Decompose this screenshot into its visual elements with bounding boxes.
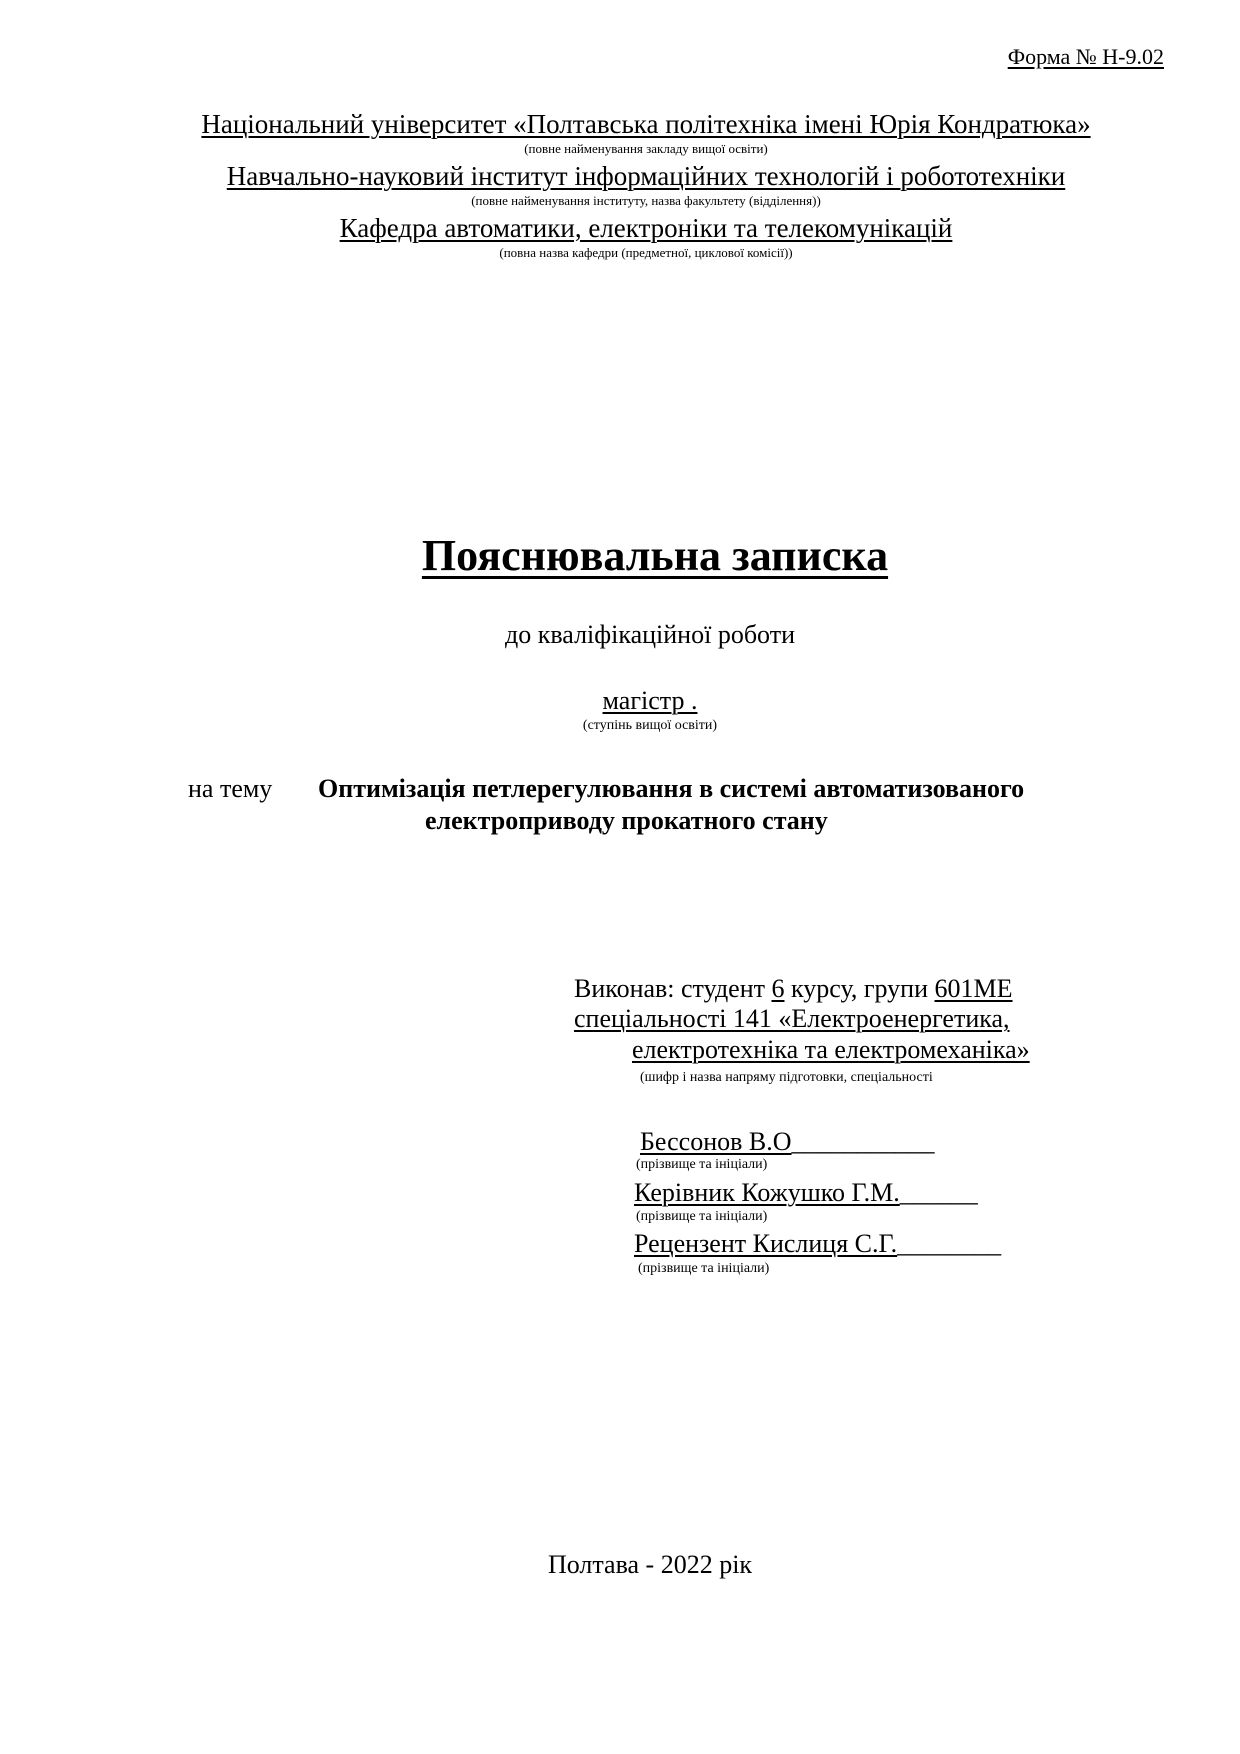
reviewer-name: Рецензент Кислиця С.Г. — [634, 1229, 897, 1258]
topic-title-line1: Оптимізація петлерегулювання в системі а… — [318, 774, 1024, 804]
supervisor-name: Керівник Кожушко Г.М. — [634, 1178, 900, 1207]
university-name: Національний університет «Полтавська пол… — [0, 108, 1240, 140]
reviewer-signature: Рецензент Кислиця С.Г.________ — [634, 1229, 1001, 1259]
topic-title-line2: електроприводу прокатного стану — [425, 806, 828, 836]
reviewer-note: (прізвище та ініціали) — [638, 1261, 769, 1277]
institute-name-text: Навчально-науковий інститут інформаційни… — [227, 161, 1066, 191]
degree-note: (ступінь вищої освіти) — [0, 718, 1240, 734]
institute-name: Навчально-науковий інститут інформаційни… — [0, 160, 1240, 192]
department-note: (повна назва кафедри (предметної, циклов… — [0, 245, 1240, 261]
institute-note: (повне найменування інституту, назва фак… — [0, 193, 1240, 209]
topic-label: на тему — [188, 774, 272, 804]
supervisor-blank: ______ — [900, 1178, 978, 1207]
department-name: Кафедра автоматики, електроніки та телек… — [0, 212, 1240, 244]
document-subtitle: до кваліфікаційної роботи — [0, 620, 1240, 650]
university-note: (повне найменування закладу вищої освіти… — [0, 141, 1240, 157]
document-title: Пояснювальна записка — [0, 530, 1240, 581]
degree-text: магістр . — [603, 686, 698, 715]
specialty-line2: електротехніка та електромеханіка» — [632, 1035, 1030, 1065]
department-name-text: Кафедра автоматики, електроніки та телек… — [340, 213, 953, 243]
student-note: (прізвище та ініціали) — [636, 1157, 767, 1173]
supervisor-signature: Керівник Кожушко Г.М.______ — [634, 1178, 978, 1208]
reviewer-blank: ________ — [897, 1229, 1001, 1258]
form-number: Форма № Н-9.02 — [1008, 44, 1164, 70]
group-code: 601МЕ — [935, 974, 1013, 1003]
document-title-text: Пояснювальна записка — [422, 531, 888, 580]
specialty-note: (шифр і назва напряму підготовки, спеціа… — [640, 1070, 933, 1086]
university-name-text: Національний університет «Полтавська пол… — [201, 109, 1090, 139]
student-name: Бессонов В.О — [640, 1127, 792, 1156]
city-year-footer: Полтава - 2022 рік — [0, 1550, 1240, 1580]
course-suffix: курсу, групи — [785, 974, 935, 1003]
performer-prefix: Виконав: студент — [574, 974, 772, 1003]
specialty-line1: спеціальності 141 «Електроенергетика, — [574, 1004, 1010, 1034]
student-blank: ___________ — [792, 1127, 935, 1156]
supervisor-note: (прізвище та ініціали) — [636, 1209, 767, 1225]
course-number: 6 — [772, 974, 785, 1003]
degree: магістр . — [0, 686, 1240, 716]
performer-line: Виконав: студент 6 курсу, групи 601МЕ — [574, 974, 1013, 1004]
student-signature: Бессонов В.О___________ — [640, 1127, 935, 1157]
